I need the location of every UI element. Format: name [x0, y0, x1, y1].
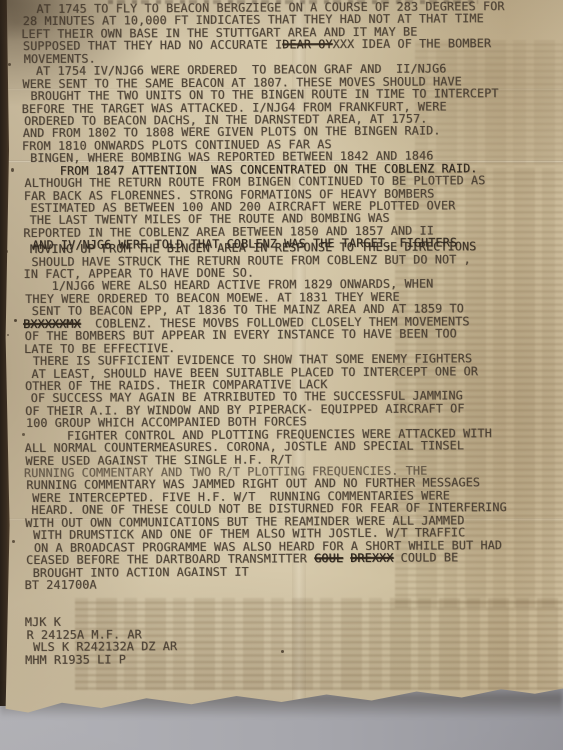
typed-line: FIGHTER CONTROL AND PLOTTING FREQUENCIES… [24, 426, 554, 442]
typed-line-segment: MHM R1935 LI P [25, 652, 126, 667]
typed-line-segment: COULD BE [393, 550, 458, 564]
ink-speck [7, 334, 9, 336]
typed-line-segment: BT 241700A [25, 578, 97, 592]
paper-sheet: AT 1745 TO FLY TO BEACON BERGZIEGE ON A … [0, 0, 563, 750]
typed-line-segment: GOUL [314, 551, 343, 565]
typed-line-segment: OF THE BOMBERS BUT APPEAR IN EVERY INSTA… [25, 327, 457, 344]
typewritten-message-text: AT 1745 TO FLY TO BEACON BERGZIEGE ON A … [22, 0, 556, 666]
typed-line-segment: AT 1754 IV/NJG6 WERE ORDERED TO BEACON G… [21, 62, 446, 79]
typed-line-segment: R 24125A M.F. AR [27, 627, 142, 642]
typed-line-segment: FAR BACK AS FLORENNES. STRONG FORMATIONS… [24, 186, 435, 203]
typed-line-segment: SHOULD HAVE STRUCK THE RETURN ROUTE FROM… [24, 252, 471, 269]
typed-line: HEARD. ONE OF THESE COULD NOT BE DISTURN… [24, 501, 554, 517]
typed-line-segment: HEARD. ONE OF THESE COULD NOT BE DISTURN… [24, 500, 507, 517]
typed-line-segment: THERE IS SUFFICIENT EVIDENCE TO SHOW THA… [26, 351, 473, 368]
typed-line-segment: DREXXX [350, 551, 393, 565]
ink-speck [8, 63, 11, 66]
typed-line-segment: THE LAST TWENTY MILES OF THE ROUTE AND B… [22, 211, 389, 227]
ink-speck [12, 540, 15, 543]
typed-line: RUNNING COMMENTARY WAS JAMMED RIGHT OUT … [26, 476, 556, 492]
typed-line-segment: RUNNING COMMENTARY WAS JAMMED RIGHT OUT … [26, 476, 480, 493]
typed-line-segment: DEAR OY [282, 37, 333, 51]
typed-line-segment: FIGHTER CONTROL AND PLOTTING FREQUENCIES… [24, 426, 492, 443]
ink-speck [11, 168, 14, 172]
photo-frame: AT 1745 TO FLY TO BEACON BERGZIEGE ON A … [0, 0, 563, 750]
ink-speck [14, 319, 17, 322]
typed-line-segment: ORDERED TO BEACON DACHS, IN THE DARNSTED… [24, 111, 427, 127]
typed-line-segment: FROM 1810 ONWARDS PLOTS CONTINUED AS FAR… [22, 137, 332, 153]
typed-line-segment: CEASED BEFORE THE DARTBOARD TRANSMITTER [26, 551, 314, 567]
